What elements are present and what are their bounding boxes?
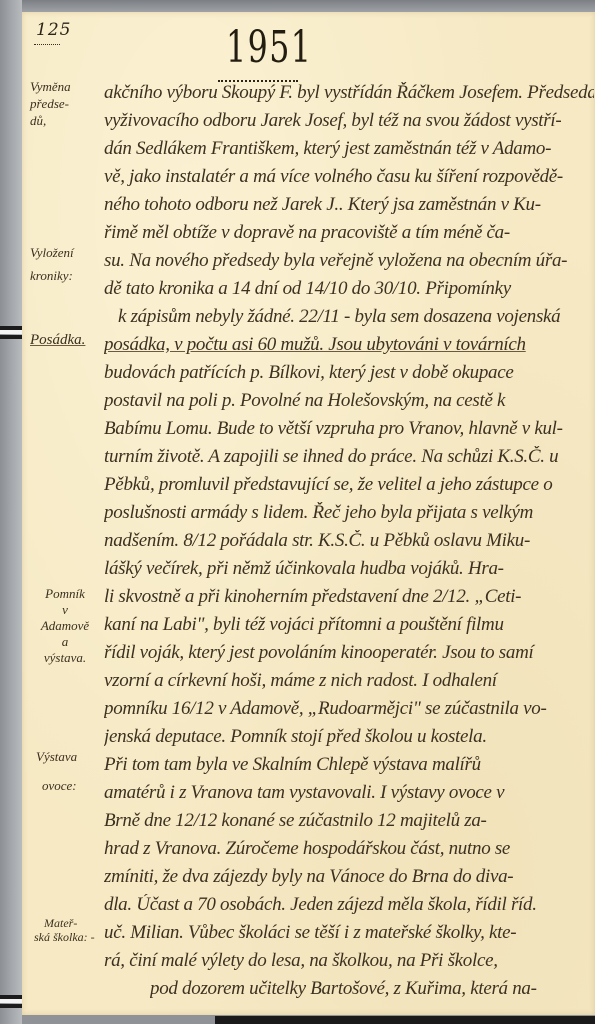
body-line: poslušnosti armády s lidem. Řeč jeho byl… (104, 502, 594, 524)
body-line: zmíniti, že dva zájezdy byly na Vánoce d… (104, 866, 594, 888)
body-line: amatérů i z Vranova tam vystavovali. I v… (104, 782, 594, 804)
margin-note-line: ská školka: - (34, 930, 104, 944)
body-line: posádka, v počtu asi 60 mužů. Jsou ubyto… (104, 334, 594, 356)
margin-note-line: Pomník (30, 586, 100, 602)
body-line: turním životě. A zapojili se ihned do pr… (104, 446, 594, 468)
binding-clip-mark (0, 999, 22, 1003)
body-line: postavil na poli p. Povolné na Holešovsk… (104, 390, 594, 412)
margin-note-line: ovoce: (36, 777, 106, 794)
body-line: nadšením. 8/12 pořádala str. K.S.Č. u Pě… (104, 530, 594, 552)
margin-note-line: dů, (30, 112, 100, 129)
body-line: pod dozorem učitelky Bartošové, z Kuřima… (150, 978, 595, 1000)
body-line: pomníku 16/12 v Adamově, „Rudoarmějci" s… (104, 698, 594, 720)
margin-note-line: kroniky: (30, 267, 100, 284)
body-line: vyživovacího odboru Jarek Josef, byl též… (104, 110, 594, 132)
margin-note-line: Vyměna (30, 78, 100, 95)
binding-clip-mark (0, 1004, 22, 1008)
body-line: ného tohoto odboru než Jarek J.. Který j… (104, 194, 594, 216)
margin-note-pomnik: Pomník v Adamově a výstava. (30, 586, 100, 666)
margin-note-line: předse- (30, 95, 100, 112)
scanner-left-margin (0, 0, 22, 1024)
body-line: Při tom tam byla ve Skalním Chlepě výsta… (104, 754, 594, 776)
body-line: k zápisům nebyly žádné. 22/11 - byla sem… (118, 306, 595, 328)
scanned-page-viewport: 125 1951 Vyměna předse- dů, Vyložení kro… (0, 0, 595, 1024)
margin-note-line: Vyložení (30, 244, 100, 261)
body-line: kaní na Labi", byli též vojáci přítomni … (104, 614, 594, 636)
body-line: řimě měl obtíže v dopravě na pracoviště … (104, 222, 594, 244)
body-line: vě, jako instalatér a má více volného ča… (104, 166, 594, 188)
body-line: Brně dne 12/12 konané se zúčastnilo 12 m… (104, 810, 594, 832)
margin-note-posadka: Posádka. (30, 332, 100, 349)
scanner-bottom-edge (215, 1016, 595, 1024)
margin-note-line: Výstava (36, 748, 106, 765)
margin-note-line: Adamově (30, 618, 100, 634)
body-line: lášký večírek, při němž účinkovala hudba… (104, 558, 594, 580)
body-line: dla. Účast a 70 osobách. Jeden zájezd mě… (104, 894, 594, 916)
body-line: dě tato kronika a 14 dní od 14/10 do 30/… (104, 278, 594, 300)
body-line: jenská deputace. Pomník stojí před školo… (104, 726, 594, 748)
margin-note-line: Posádka. (30, 332, 100, 349)
body-line: su. Na nového předsedy byla veřejně vylo… (104, 250, 594, 272)
margin-note-line: v (30, 602, 100, 618)
body-line: dán Sedlákem Františkem, který jest zamě… (104, 138, 594, 160)
margin-note-vystava-ovoce: Výstava ovoce: (36, 748, 106, 794)
body-line: akčního výboru Skoupý F. byl vystřídán Ř… (104, 82, 594, 104)
body-line: uč. Milian. Vůbec školáci se těší i z ma… (104, 922, 594, 944)
binding-clip-mark (0, 330, 22, 334)
body-line: budovách patřících p. Bílkovi, který jes… (104, 362, 594, 384)
margin-note-line: a (30, 634, 100, 650)
body-line: Pěbků, promluvil představující se, že ve… (104, 474, 594, 496)
margin-note-line: Mateř- (34, 916, 104, 930)
binding-clip-mark (0, 335, 22, 339)
margin-note-vylozeni-kroniky: Vyložení kroniky: (30, 244, 100, 284)
body-line: vzorní a církevní hoši, máme z nich rado… (104, 670, 594, 692)
year-heading: 1951 (226, 22, 312, 73)
margin-note-vymena-predsedu: Vyměna předse- dů, (30, 78, 100, 129)
margin-note-materska-skolka: Mateř- ská školka: - (34, 916, 104, 944)
margin-note-line: výstava. (30, 650, 100, 666)
body-line: hrad z Vranova. Zúročeme hospodářskou čá… (104, 838, 594, 860)
page-number-underline (34, 44, 60, 45)
body-line: rá, činí malé výlety do lesa, na školkou… (104, 950, 594, 972)
chronicle-page: 125 1951 Vyměna předse- dů, Vyložení kro… (22, 12, 595, 1015)
page-number: 125 (36, 20, 71, 40)
body-line: Babímu Lomu. Bude to větší vzpruha pro V… (104, 418, 594, 440)
body-line: li skvostně a při kinoherním představení… (104, 586, 594, 608)
body-line: řídil voják, který jest povoláním kinoop… (104, 642, 594, 664)
